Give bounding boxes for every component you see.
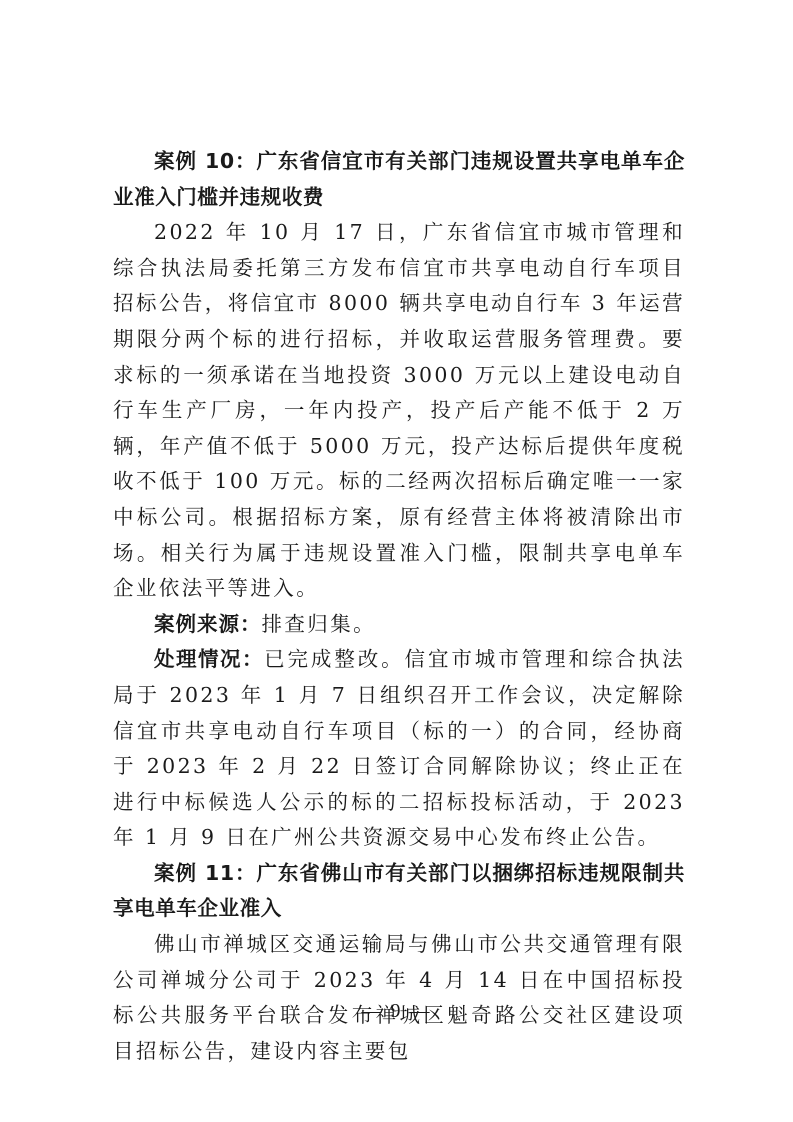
case-source-text: 排查归集。 (262, 612, 377, 636)
page-number: — 9 — (0, 1000, 793, 1023)
handling-text: 已完成整改。信宜市城市管理和综合执法局于 2023 年 1 月 7 日组织召开工… (113, 647, 685, 849)
case-10-handling: 处理情况：已完成整改。信宜市城市管理和综合执法局于 2023 年 1 月 7 日… (113, 642, 685, 856)
case-10-source: 案例来源：排查归集。 (113, 607, 685, 643)
case-11-title: 案例 11：广东省佛山市有关部门以捆绑招标违规限制共享电单车企业准入 (113, 856, 685, 927)
case-11-body: 佛山市禅城区交通运输局与佛山市公共交通管理有限公司禅城分公司于 2023 年 4… (113, 927, 685, 1069)
case-source-label: 案例来源： (154, 612, 262, 636)
case-10-body: 2022 年 10 月 17 日，广东省信宜市城市管理和综合执法局委托第三方发布… (113, 215, 685, 607)
document-page: 案例 10：广东省信宜市有关部门违规设置共享电单车企业准入门槛并违规收费 202… (113, 144, 685, 1069)
case-10-title: 案例 10：广东省信宜市有关部门违规设置共享电单车企业准入门槛并违规收费 (113, 144, 685, 215)
handling-label: 处理情况： (154, 647, 264, 671)
